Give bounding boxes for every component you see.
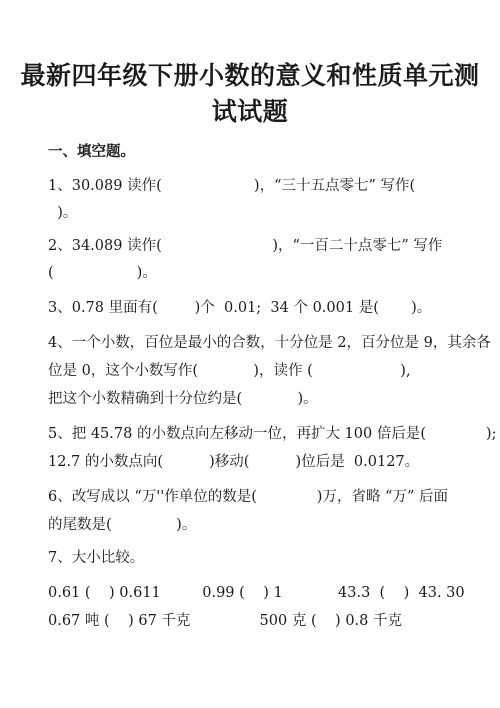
question-7-compare-row2: 0.67 吨 ( ) 67 千克 500 克 ( ) 0.8 千克 [48,612,402,630]
question-1-line2: )。 [48,204,77,222]
question-7-compare-row1: 0.61 ( ) 0.611 0.99 ( ) 1 43.3 ( ) 43. 3… [48,584,465,602]
question-2-line2: ( )。 [48,264,157,282]
question-6-line2: 的尾数是( )。 [48,516,196,534]
question-4-line2: 位是 0，这个小数写作( )，读作 ( ), [48,362,411,380]
question-7-heading: 7、大小比较。 [48,549,144,567]
question-6-line1: 6、改写成以 “万''作单位的数是( )万，省略 “万” 后面 [48,488,448,506]
question-3-line1: 3、0.78 里面有( )个 0.01; 34 个 0.001 是( )。 [48,299,431,317]
question-1-line1: 1、30.089 读作( )，“三十五点零七” 写作( [48,177,415,195]
document-title-line1: 最新四年级下册小数的意义和性质单元测 [0,56,500,92]
question-4-line1: 4、一个小数，百位是最小的合数，十分位是 2，百分位是 9，其余各 [48,334,491,352]
section-heading-fill-in-blank: 一、填空题。 [48,143,135,161]
question-4-line3: 把这个小数精确到十分位约是( )。 [48,390,318,408]
question-2-line1: 2、34.089 读作( )，“一百二十点零七” 写作 [48,237,442,255]
question-5-line1: 5、把 45.78 的小数点向左移动一位，再扩大 100 倍后是( ); [48,425,496,443]
question-5-line2: 12.7 的小数点向( )移动( )位后是 0.0127。 [48,453,419,471]
document-title-line2: 试试题 [0,92,500,128]
